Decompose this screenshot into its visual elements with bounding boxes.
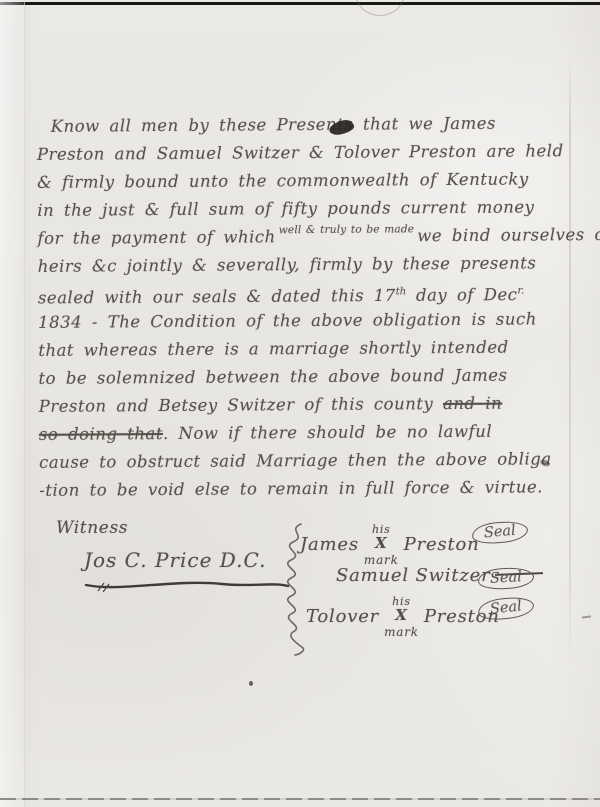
struck-text: and in [443,394,502,413]
line-text: sealed with our seals & dated this 17 [38,286,396,307]
witness-signature: Jos C. Price D.C. [84,548,266,572]
handwritten-line: 1834 - The Condition of the above obliga… [38,305,578,337]
superscript: r. [517,285,524,296]
line-text: . Now if there should be no lawful [163,422,492,443]
ink-speck [582,615,591,618]
handwritten-line: & firmly bound unto the commonwealth of … [37,165,577,197]
scanned-document: Know all men by these Presents that we J… [0,0,600,807]
signature-row: JameshisXmarkPreston [300,524,480,566]
signer-last-name: Preston [404,534,480,555]
seal-scribble: Seal [471,520,528,546]
line-text: Preston and Betsey Switzer of this count… [39,394,443,416]
handwritten-line: so doing that. Now if there should be no… [39,417,579,449]
handwritten-line: sealed with our seals & dated this 17th … [38,277,578,309]
signer-first-name: James [300,534,359,555]
interlined-text: well & truly to be made [279,215,415,244]
line-text: we bind ourselves our [417,225,600,245]
superscript: th [396,286,407,297]
handwritten-line: for the payment of whichwell & truly to … [37,221,577,253]
line-text: day of Dec [406,285,517,305]
his-mark-stack: hisXmark [384,596,419,638]
handwritten-line: heirs &c jointly & severally, firmly by … [38,249,578,281]
scan-bottom-edge-line [0,798,600,800]
signer-name: Samuel Switzer [336,565,491,586]
mark-x: X [395,608,407,623]
witness-label: Witness [56,518,128,538]
signature-flourish [82,576,292,594]
mark-label: mark [384,626,419,638]
handwritten-body: Know all men by these Presents that we J… [37,109,580,505]
signature-row: ToloverhisXmarkPreston [306,596,500,638]
his-mark-stack: hisXmark [364,524,399,566]
handwritten-line: that whereas there is a marriage shortly… [38,333,578,365]
signer-first-name: Tolover [306,606,379,627]
paper-left-edge [0,0,25,807]
handwritten-line: cause to obstruct said Marriage then the… [39,445,579,477]
line-text: for the payment of which [37,227,275,248]
mark-x: X [375,536,387,551]
handwritten-line: Preston and Samuel Switzer & Tolover Pre… [37,137,577,169]
scan-top-edge-line [0,2,600,5]
struck-text: so doing that [39,424,163,444]
pencil-circle-mark [356,0,404,16]
ink-speck [249,681,253,686]
handwritten-line: Preston and Betsey Switzer of this count… [39,389,579,421]
handwritten-line: Know all men by these Presents that we J… [37,109,577,141]
handwritten-line: to be solemnized between the above bound… [38,361,578,393]
handwritten-line: -tion to be void else to remain in full … [39,473,579,505]
